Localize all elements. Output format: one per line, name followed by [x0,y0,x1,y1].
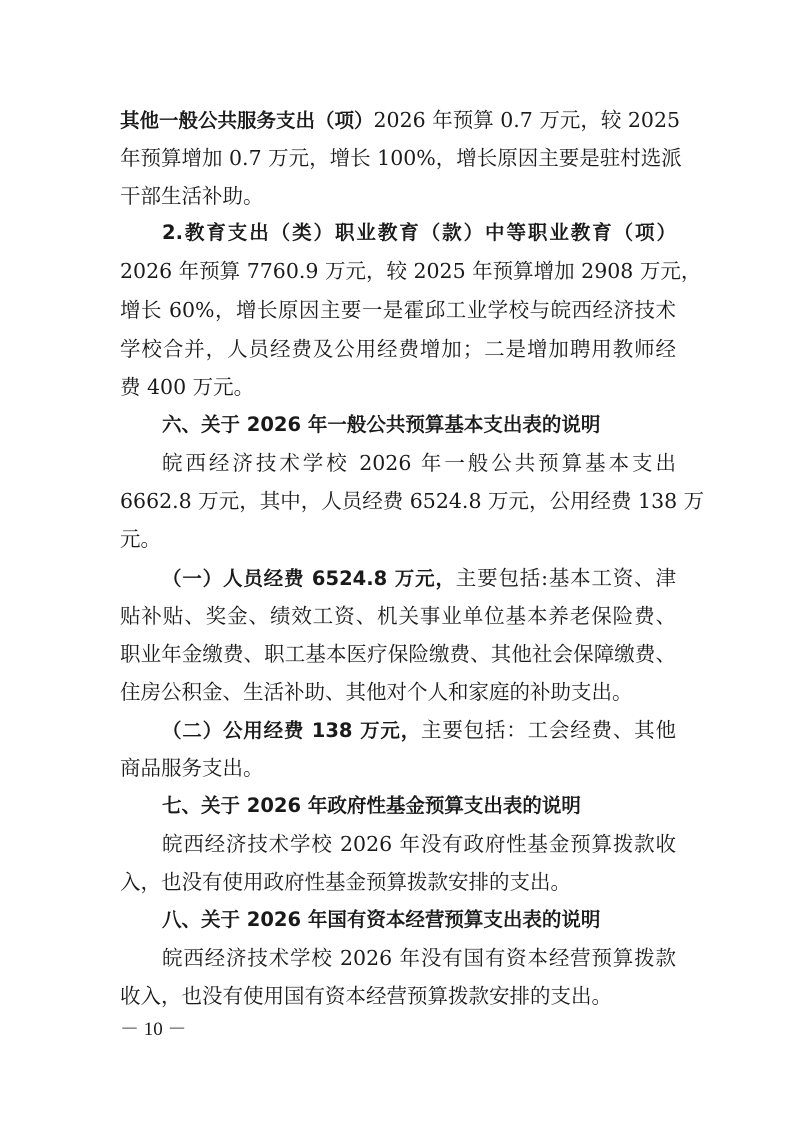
paragraph-line: （一）人员经费 6524.8 万元，主要包括:基本工资、津 [162,565,676,591]
item-title: 2.教育支出（类）职业教育（款）中等职业教育（项） [162,219,676,245]
document-page: 其他一般公共服务支出（项）2026 年预算 0.7 万元，较 2025 年预算增… [0,0,793,1122]
section-heading: 六、关于 2026 年一般公共预算基本支出表的说明 [162,412,676,438]
paragraph-line: 其他一般公共服务支出（项）2026 年预算 0.7 万元，较 2025 [120,107,676,133]
paragraph-line: 皖西经济技术学校 2026 年没有国有资本经营预算拨款 [162,945,676,971]
page-number: － 10 － [120,1018,187,1042]
item-title: （二）公用经费 138 万元， [162,719,421,742]
paragraph-line: 皖西经济技术学校 2026 年一般公共预算基本支出 [162,450,676,476]
paragraph-line: 元。 [120,526,676,552]
paragraph-line: 干部生活补助。 [120,183,676,209]
text-run: 主要包括：工会经费、其他 [421,718,676,742]
item-title: 其他一般公共服务支出（项） [120,109,374,132]
paragraph-line: 皖西经济技术学校 2026 年没有政府性基金预算拨款收 [162,831,676,857]
paragraph-line: 贴补贴、奖金、绩效工资、机关事业单位基本养老保险费、 [120,603,676,629]
paragraph-line: 职业年金缴费、职工基本医疗保险缴费、其他社会保障缴费、 [120,641,676,667]
paragraph-line: 6662.8 万元，其中，人员经费 6524.8 万元，公用经费 138 万 [120,488,676,514]
paragraph-line: 入，也没有使用政府性基金预算拨款安排的支出。 [120,869,676,895]
paragraph-line: 住房公积金、生活补助、其他对个人和家庭的补助支出。 [120,679,676,705]
paragraph-line: 费 400 万元。 [120,374,676,400]
section-heading: 七、关于 2026 年政府性基金预算支出表的说明 [162,793,676,819]
section-heading: 八、关于 2026 年国有资本经营预算支出表的说明 [162,907,676,933]
item-title: （一）人员经费 6524.8 万元， [162,567,456,590]
text-run: 主要包括:基本工资、津 [456,566,676,590]
paragraph-line: 商品服务支出。 [120,755,676,781]
paragraph-line: 学校合并，人员经费及公用经费增加；二是增加聘用教师经 [120,336,676,362]
item-title-text: 2.教育支出（类）职业教育（款）中等职业教育（项） [162,221,676,244]
paragraph-line: 2026 年预算 7760.9 万元，较 2025 年预算增加 2908 万元， [120,258,676,284]
paragraph-line: （二）公用经费 138 万元，主要包括：工会经费、其他 [162,717,676,743]
paragraph-line: 收入，也没有使用国有资本经营预算拨款安排的支出。 [120,983,676,1009]
text-run: 2026 年预算 0.7 万元，较 2025 [374,108,681,132]
paragraph-line: 年预算增加 0.7 万元，增长 100%，增长原因主要是驻村选派 [120,145,676,171]
paragraph-line: 增长 60%，增长原因主要一是霍邱工业学校与皖西经济技术 [120,297,676,323]
